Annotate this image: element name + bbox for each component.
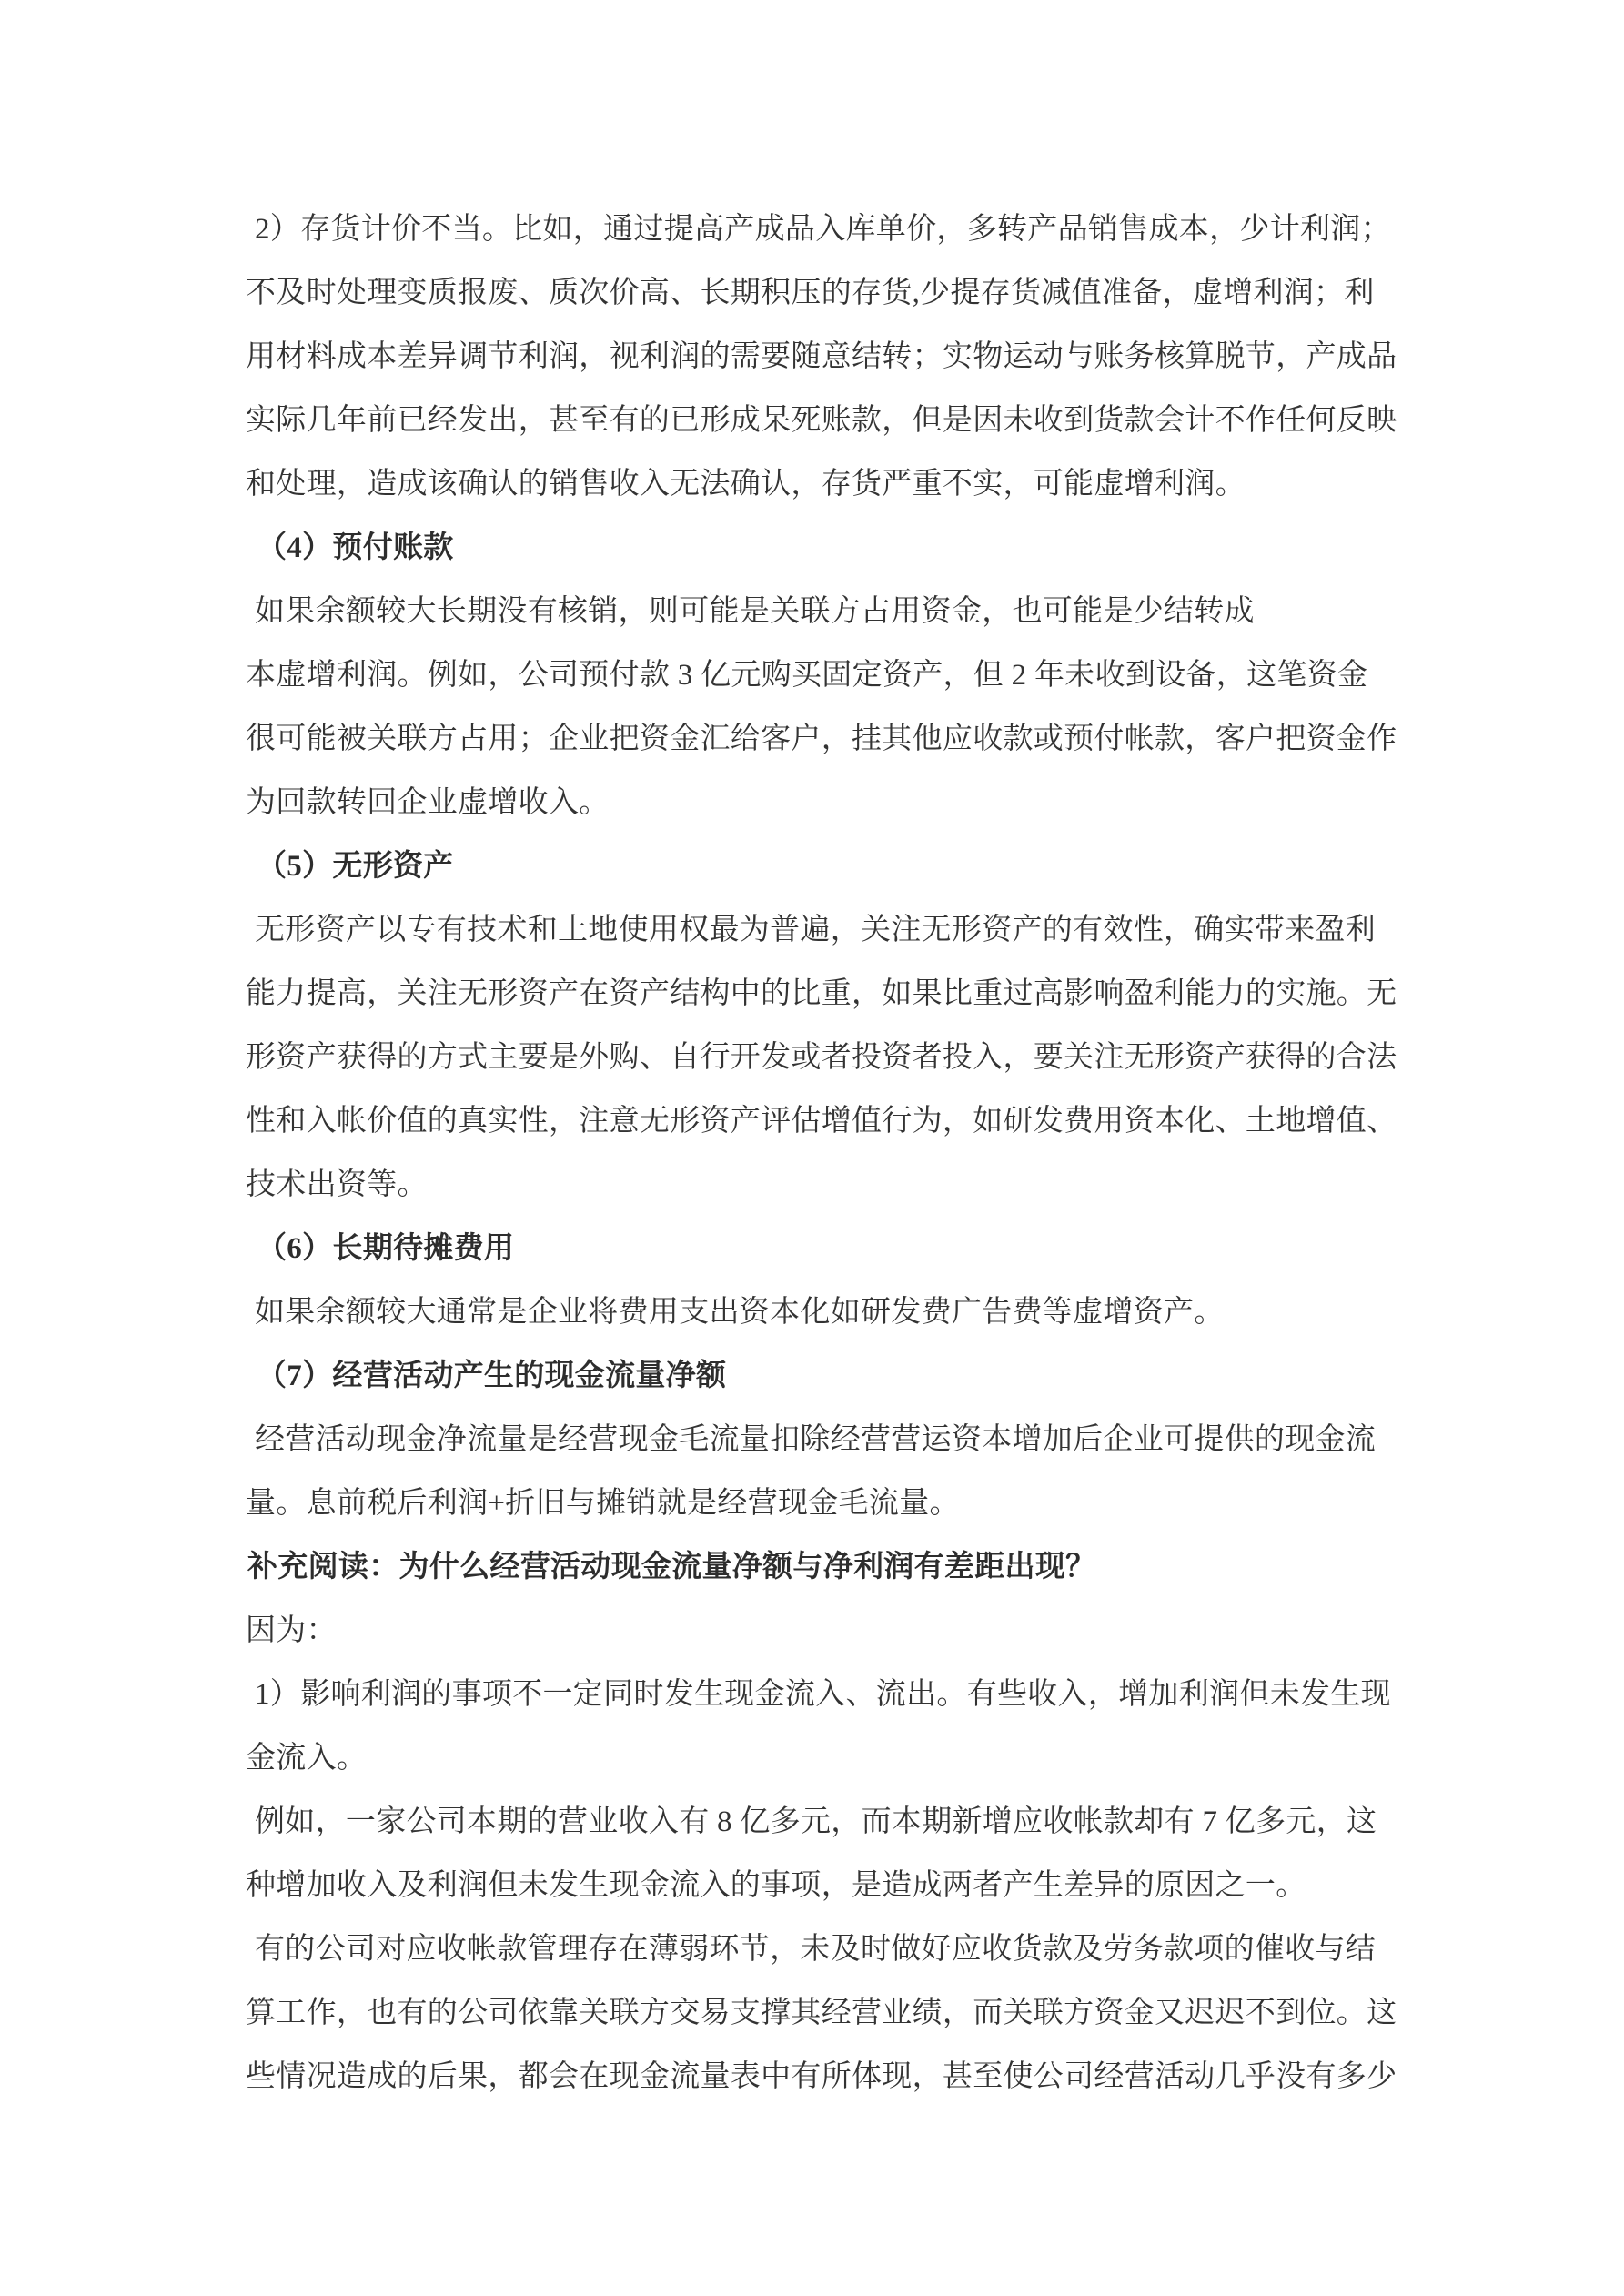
supp-line-5: 种增加收入及利润但未发生现金流入的事项，是造成两者产生差异的原因之一。 — [246, 1854, 1383, 1917]
supp-line-1: 因为： — [246, 1599, 1383, 1663]
para-inventory-line-2: 不及时处理变质报废、质次价高、长期积压的存货,少提存货减值准备，虚增利润；利 — [246, 261, 1383, 325]
supp-line-3: 金流入。 — [246, 1726, 1383, 1790]
para-intangible-line-4: 性和入帐价值的真实性，注意无形资产评估增值行为，如研发费用资本化、土地增值、 — [246, 1089, 1383, 1153]
heading-prepaid-accounts: （4）预付账款 — [246, 516, 1383, 580]
para-intangible-line-1: 无形资产以专有技术和土地使用权最为普遍，关注无形资产的有效性，确实带来盈利 — [246, 898, 1383, 962]
document-page: 2）存货计价不当。比如，通过提高产成品入库单价，多转产品销售成本，少计利润； 不… — [246, 197, 1383, 2109]
para-prepaid-line-4: 为回款转回企业虚增收入。 — [246, 771, 1383, 834]
supp-line-8: 些情况造成的后果，都会在现金流量表中有所体现，甚至使公司经营活动几乎没有多少 — [246, 2045, 1383, 2109]
para-prepaid-line-3: 很可能被关联方占用；企业把资金汇给客户，挂其他应收款或预付帐款，客户把资金作 — [246, 707, 1383, 771]
para-intangible-line-5: 技术出资等。 — [246, 1153, 1383, 1217]
para-intangible-line-3: 形资产获得的方式主要是外购、自行开发或者投资者投入，要关注无形资产获得的合法 — [246, 1026, 1383, 1089]
supp-line-7: 算工作，也有的公司依靠关联方交易支撑其经营业绩，而关联方资金又迟迟不到位。这 — [246, 1981, 1383, 2045]
para-ocf-line-2: 量。息前税后利润+折旧与摊销就是经营现金毛流量。 — [246, 1472, 1383, 1535]
para-prepaid-line-2: 本虚增利润。例如，公司预付款 3 亿元购买固定资产，但 2 年未收到设备，这笔资… — [246, 643, 1383, 707]
para-ocf-line-1: 经营活动现金净流量是经营现金毛流量扣除经营营运资本增加后企业可提供的现金流 — [246, 1408, 1383, 1472]
supp-line-4: 例如，一家公司本期的营业收入有 8 亿多元，而本期新增应收帐款却有 7 亿多元，… — [246, 1790, 1383, 1854]
supp-line-2: 1）影响利润的事项不一定同时发生现金流入、流出。有些收入，增加利润但未发生现 — [246, 1663, 1383, 1726]
para-inventory-line-4: 实际几年前已经发出，甚至有的已形成呆死账款，但是因未收到货款会计不作任何反映 — [246, 389, 1383, 452]
para-inventory-line-5: 和处理，造成该确认的销售收入无法确认，存货严重不实，可能虚增利润。 — [246, 452, 1383, 516]
heading-intangible-assets: （5）无形资产 — [246, 834, 1383, 898]
para-deferred-line-1: 如果余额较大通常是企业将费用支出资本化如研发费广告费等虚增资产。 — [246, 1280, 1383, 1344]
para-intangible-line-2: 能力提高，关注无形资产在资产结构中的比重，如果比重过高影响盈利能力的实施。无 — [246, 962, 1383, 1026]
para-inventory-line-1: 2）存货计价不当。比如，通过提高产成品入库单价，多转产品销售成本，少计利润； — [246, 197, 1383, 261]
supp-line-6: 有的公司对应收帐款管理存在薄弱环节，未及时做好应收货款及劳务款项的催收与结 — [246, 1917, 1383, 1981]
heading-supplementary-reading: 补充阅读：为什么经营活动现金流量净额与净利润有差距出现？ — [246, 1535, 1383, 1599]
heading-long-term-deferred-expenses: （6）长期待摊费用 — [246, 1217, 1383, 1280]
para-prepaid-line-1: 如果余额较大长期没有核销，则可能是关联方占用资金，也可能是少结转成 — [246, 580, 1383, 643]
heading-operating-cash-flow: （7）经营活动产生的现金流量净额 — [246, 1344, 1383, 1408]
para-inventory-line-3: 用材料成本差异调节利润，视利润的需要随意结转；实物运动与账务核算脱节，产成品 — [246, 325, 1383, 389]
